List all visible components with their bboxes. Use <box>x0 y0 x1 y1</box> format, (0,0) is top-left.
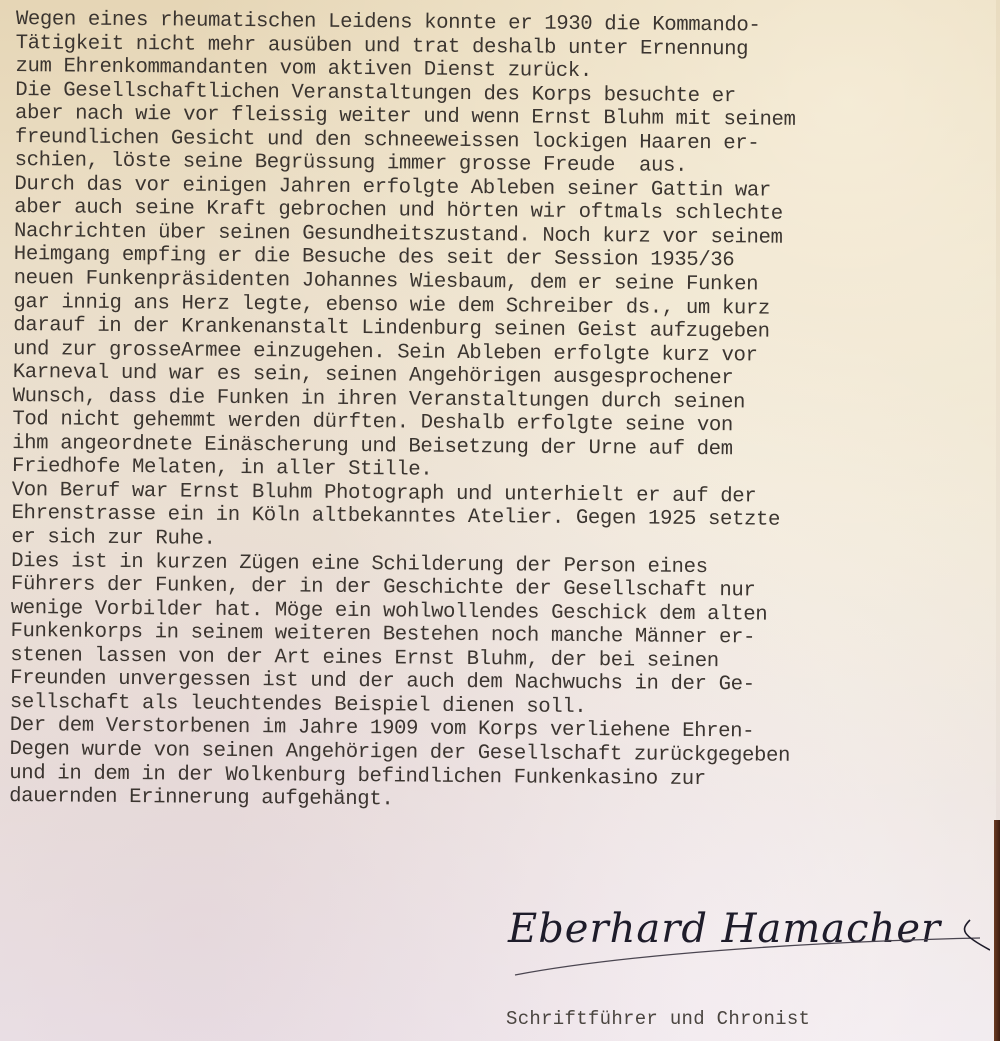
typewritten-text: Wegen eines rheumatischen Leidens konnte… <box>9 8 1000 817</box>
signature-block: Eberhard Hamacher <box>500 900 990 980</box>
signatory-role: Schriftführer und Chronist <box>506 1008 810 1030</box>
table-edge <box>994 820 1000 1041</box>
signature-flourish <box>500 900 990 980</box>
